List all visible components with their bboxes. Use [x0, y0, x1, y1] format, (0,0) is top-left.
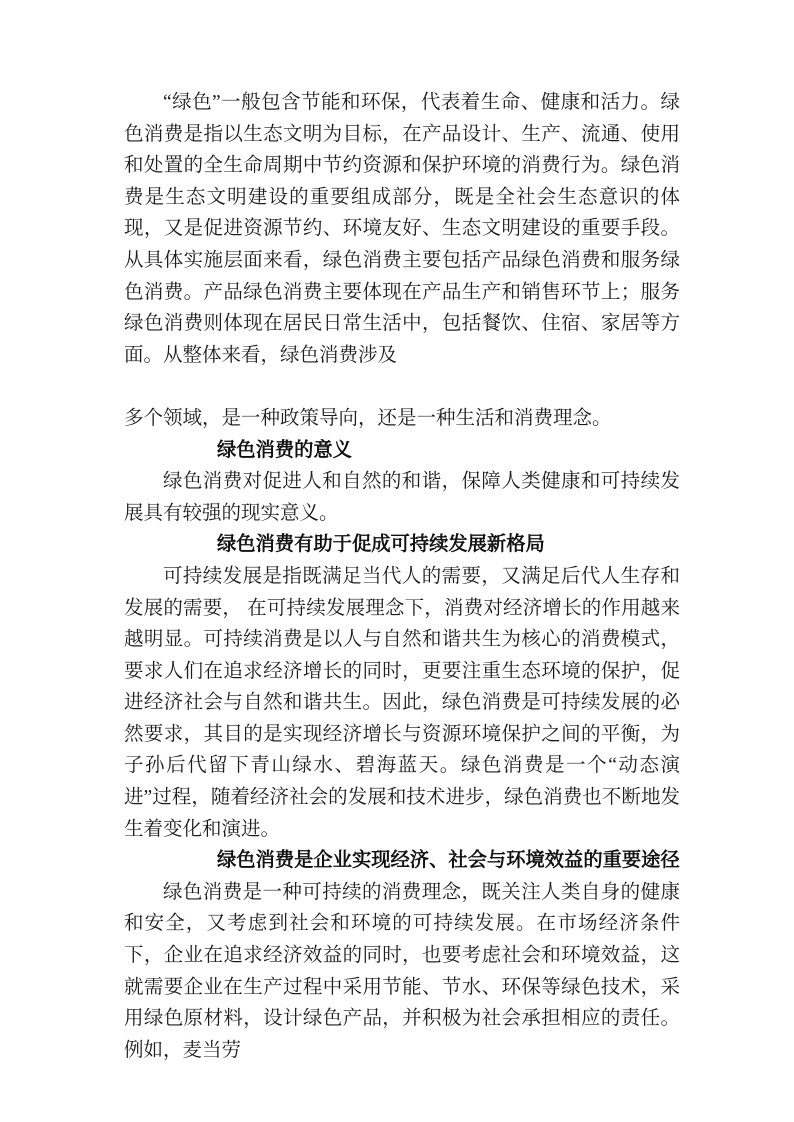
paragraph-significance: 绿色消费对促进人和自然的和谐，保障人类健康和可持续发展具有较强的现实意义。	[124, 466, 680, 529]
intro-paragraph: “绿色”一般包含节能和环保，代表着生命、健康和活力。绿色消费是指以生态文明为目标…	[124, 87, 680, 371]
document-content: “绿色”一般包含节能和环保，代表着生命、健康和活力。绿色消费是指以生态文明为目标…	[124, 87, 680, 1066]
heading-sustainable-development: 绿色消费有助于促成可持续发展新格局	[124, 529, 680, 561]
heading-enterprise-benefits: 绿色消费是企业实现经济、社会与环境效益的重要途径	[124, 845, 680, 877]
document-page: “绿色”一般包含节能和环保，代表着生命、健康和活力。绿色消费是指以生态文明为目标…	[0, 0, 794, 1122]
heading-significance: 绿色消费的意义	[124, 435, 680, 467]
paragraph-sustainable-development: 可持续发展是指既满足当代人的需要，又满足后代人生存和发展的需要， 在可持续发展理…	[124, 561, 680, 845]
page-break-gap	[124, 371, 680, 403]
continuation-paragraph: 多个领域，是一种政策导向，还是一种生活和消费理念。	[124, 403, 680, 435]
paragraph-enterprise-benefits: 绿色消费是一种可持续的消费理念，既关注人类自身的健康和安全，又考虑到社会和环境的…	[124, 877, 680, 1067]
